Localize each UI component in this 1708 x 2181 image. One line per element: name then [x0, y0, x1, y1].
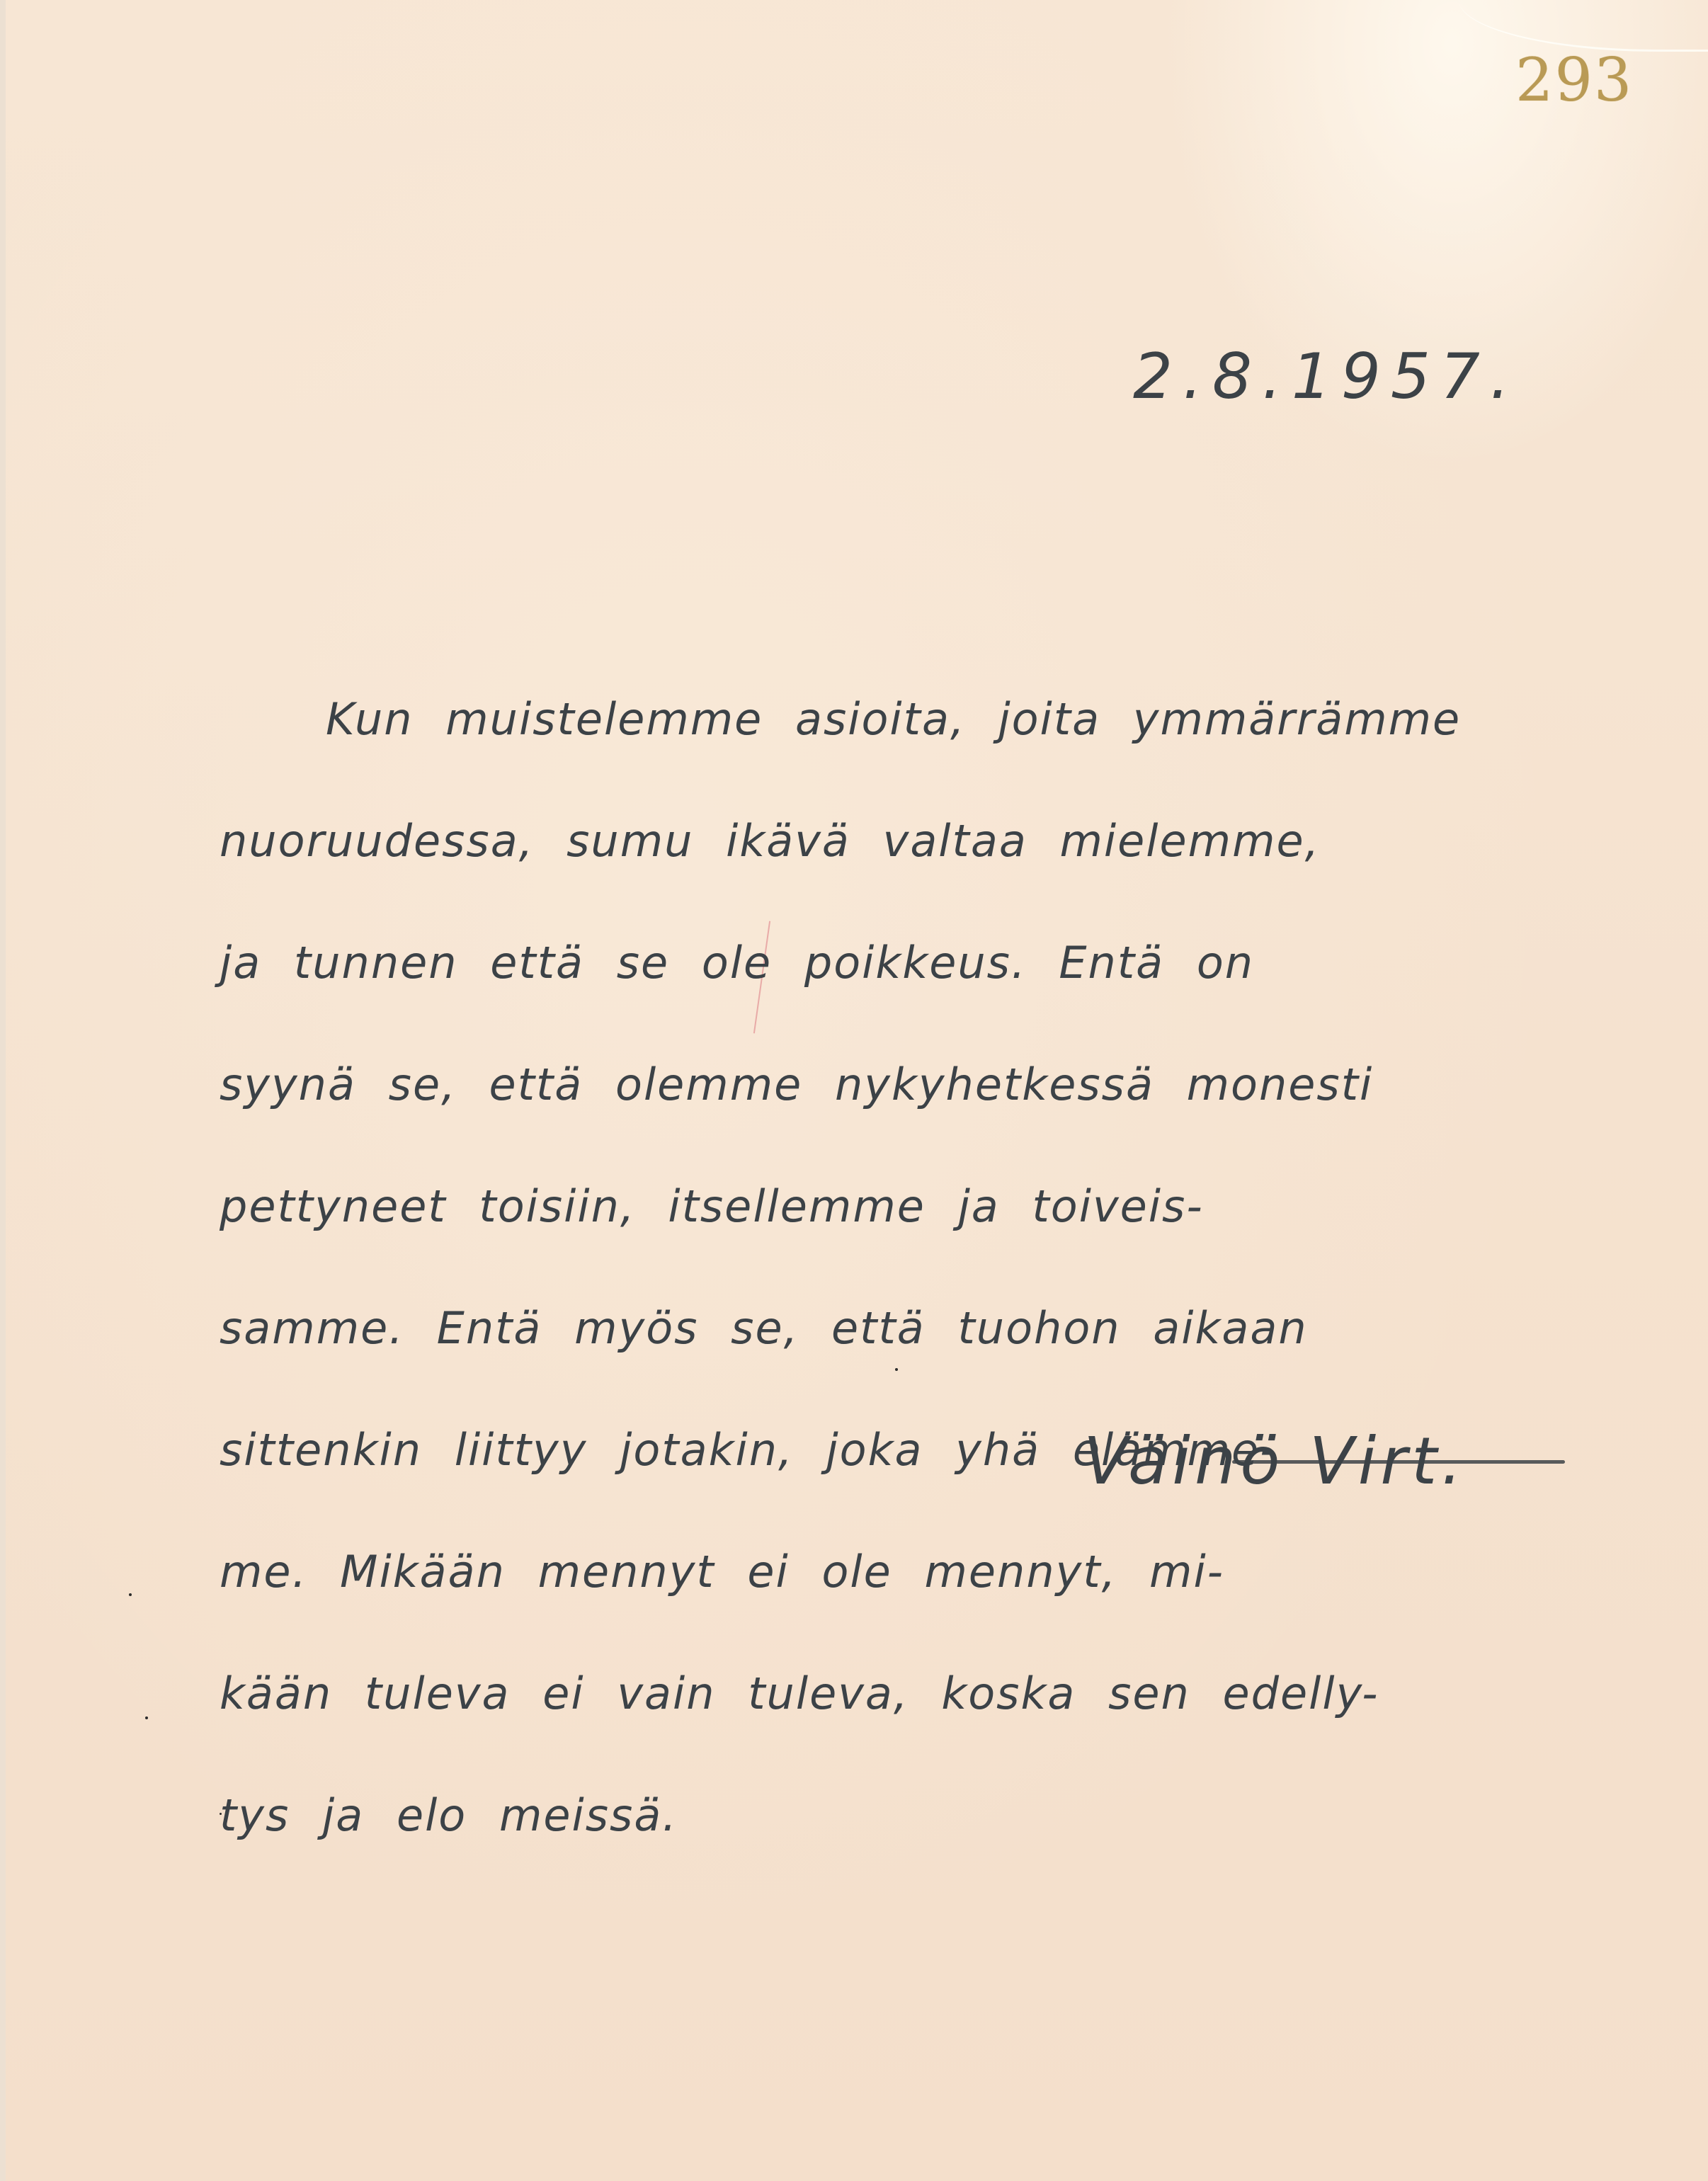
- body-line: nuoruudessa, sumu ikävä valtaa mielemme,: [220, 780, 1622, 902]
- body-line: samme. Entä myös se, että tuohon aikaan: [220, 1268, 1622, 1389]
- body-line: me. Mikään mennyt ei ole mennyt, mi-: [220, 1511, 1622, 1633]
- body-line: tys ja elo meissä.: [220, 1755, 1622, 1877]
- paper-speck: [220, 1813, 222, 1815]
- paper-speck: [145, 1716, 148, 1719]
- body-line: syynä se, että olemme nykyhetkessä mones…: [220, 1024, 1622, 1146]
- body-line: kään tuleva ei vain tuleva, koska sen ed…: [220, 1633, 1622, 1755]
- body-line: Kun muistelemme asioita, joita ymmärrämm…: [220, 659, 1622, 780]
- signature-underline: [1232, 1460, 1565, 1464]
- paper-left-edge: [0, 0, 6, 2181]
- letter-date: 2.8.1957.: [1133, 340, 1520, 413]
- body-line: pettyneet toisiin, itsellemme ja toiveis…: [220, 1146, 1622, 1268]
- paper-speck: [129, 1593, 132, 1596]
- page-number-stamp: 293: [1515, 45, 1633, 115]
- letter-body: Kun muistelemme asioita, joita ymmärrämm…: [220, 659, 1622, 1877]
- paper-speck: [895, 1368, 898, 1371]
- body-line: ja tunnen että se ole poikkeus. Entä on: [220, 902, 1622, 1024]
